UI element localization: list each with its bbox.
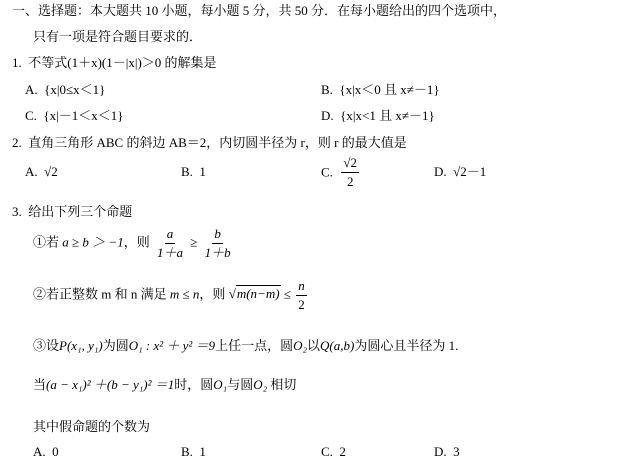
fraction: n2 — [296, 277, 307, 314]
math: O₁ : x² ＋ y² ＝9 — [129, 338, 215, 353]
option-label: A. — [33, 444, 46, 459]
text: 上任一点，圆 — [215, 338, 293, 353]
q2-option-c[interactable]: C. √22 — [321, 154, 361, 191]
option-label: C. — [321, 165, 333, 180]
numerator: n — [296, 277, 307, 296]
stem-suffix: 的解集是 — [161, 55, 216, 70]
denominator: 1＋a — [155, 244, 185, 262]
marker: ② — [33, 286, 46, 301]
question-1-stem: 1. 不等式(1＋x)(1－|x|)＞0 的解集是 — [12, 55, 217, 71]
proposition-3-line2: 当(a − x₁)² ＋(b − y₁)² ＝1时，圆O₁与圆O₂ 相切 — [33, 377, 296, 393]
option-label: C. — [25, 108, 37, 123]
question-number: 2. — [12, 135, 22, 150]
option-text: √2－1 — [453, 164, 486, 179]
marker: ① — [33, 234, 46, 249]
q1-option-d[interactable]: D. {x|x<1 且 x≠－1} — [321, 108, 435, 124]
option-label: A. — [25, 82, 38, 97]
math: O₁ — [213, 377, 227, 392]
numerator: a — [165, 225, 176, 244]
question-number: 3. — [12, 204, 22, 219]
option-label: C. — [321, 444, 333, 459]
q1-option-c[interactable]: C. {x|－1＜x＜1} — [25, 108, 124, 124]
question-3-stem: 3. 给出下列三个命题 — [12, 204, 132, 220]
stem-math: (1＋x)(1－|x|)＞0 — [67, 55, 161, 70]
q2-option-b[interactable]: B. 1 — [181, 164, 206, 180]
math: Q(a,b) — [320, 338, 354, 353]
question-number: 1. — [12, 55, 22, 70]
condition: a ≥ b ＞ −1 — [62, 234, 123, 249]
relation: ≥ — [190, 234, 197, 249]
option-text: √2 — [44, 164, 58, 179]
text: ，则 — [199, 286, 225, 301]
math: (a − x₁)² ＋(b − y₁)² ＝1 — [46, 377, 174, 392]
option-text: {x|0≤x＜1} — [44, 82, 105, 97]
option-label: D. — [321, 108, 334, 123]
text: 以 — [307, 338, 320, 353]
option-label: A. — [25, 164, 38, 179]
text: 与圆 — [227, 377, 253, 392]
text: 时，圆 — [174, 377, 213, 392]
denominator: 1＋b — [203, 244, 233, 262]
square-root: √m(n−m) — [229, 286, 281, 302]
q3-option-b[interactable]: B. 1 — [181, 444, 206, 460]
proposition-1: ①若 a ≥ b ＞ −1，则 a1＋a ≥ b1＋b — [33, 225, 235, 262]
section-title-line1: 一、选择题：本大题共 10 小题，每小题 5 分，共 50 分．在每小题给出的四… — [12, 3, 506, 19]
question-2-stem: 2. 直角三角形 ABC 的斜边 AB＝2，内切圆半径为 r，则 r 的最大值是 — [12, 135, 407, 151]
text: 当 — [33, 377, 46, 392]
math: O₂ — [253, 377, 267, 392]
option-label: D. — [434, 444, 447, 459]
q3-option-d[interactable]: D. 3 — [434, 444, 460, 460]
numerator: √2 — [341, 154, 359, 173]
q1-option-b[interactable]: B. {x|x＜0 且 x≠－1} — [321, 82, 440, 98]
q3-option-a[interactable]: A. 0 — [33, 444, 59, 460]
fraction: √22 — [341, 154, 359, 191]
stem-text: 给出下列三个命题 — [28, 204, 132, 219]
marker: ③ — [33, 338, 46, 353]
stem-prefix: 不等式 — [28, 55, 67, 70]
q3-option-c[interactable]: C. 2 — [321, 444, 346, 460]
option-text: 2 — [339, 444, 346, 459]
stem-text: 直角三角形 ABC 的斜边 AB＝2，内切圆半径为 r，则 r 的最大值是 — [28, 135, 406, 150]
question-3-ask: 其中假命题的个数为 — [33, 419, 150, 435]
q2-option-a[interactable]: A. √2 — [25, 164, 58, 180]
text: 若正整数 m 和 n 满足 — [46, 286, 167, 301]
proposition-3-line1: ③设P(x₁, y₁)为圆O₁ : x² ＋ y² ＝9上任一点，圆O₂以Q(a… — [33, 338, 458, 354]
q2-option-d[interactable]: D. √2－1 — [434, 164, 486, 180]
relation: ≤ — [284, 286, 291, 301]
q1-option-a[interactable]: A. {x|0≤x＜1} — [25, 82, 105, 98]
numerator: b — [212, 225, 223, 244]
fraction-right: b1＋b — [203, 225, 233, 262]
option-label: B. — [181, 444, 193, 459]
denominator: 2 — [345, 173, 356, 191]
option-label: B. — [181, 164, 193, 179]
text: 为圆 — [103, 338, 129, 353]
option-text: 3 — [453, 444, 460, 459]
section-title-line2: 只有一项是符合题目要求的． — [33, 29, 202, 45]
option-text: 0 — [52, 444, 59, 459]
option-text: {x|x＜0 且 x≠－1} — [339, 82, 439, 97]
proposition-2: ②若正整数 m 和 n 满足 m ≤ n，则 √m(n−m) ≤ n2 — [33, 277, 309, 314]
math: O₂ — [293, 338, 307, 353]
math: P(x₁, y₁) — [59, 338, 103, 353]
option-label: D. — [434, 164, 447, 179]
fraction-left: a1＋a — [155, 225, 185, 262]
text: 设 — [46, 338, 59, 353]
text: 相切 — [267, 377, 296, 392]
option-text: 1 — [199, 444, 206, 459]
text: ，则 — [124, 234, 150, 249]
option-text: {x|－1＜x＜1} — [43, 108, 123, 123]
option-text: {x|x<1 且 x≠－1} — [340, 108, 435, 123]
option-text: 1 — [199, 164, 206, 179]
denominator: 2 — [296, 296, 307, 314]
option-label: B. — [321, 82, 333, 97]
text: 为圆心且半径为 1. — [354, 338, 458, 353]
condition: m ≤ n — [170, 286, 200, 301]
radicand: m(n−m) — [236, 285, 281, 301]
text: 若 — [46, 234, 59, 249]
